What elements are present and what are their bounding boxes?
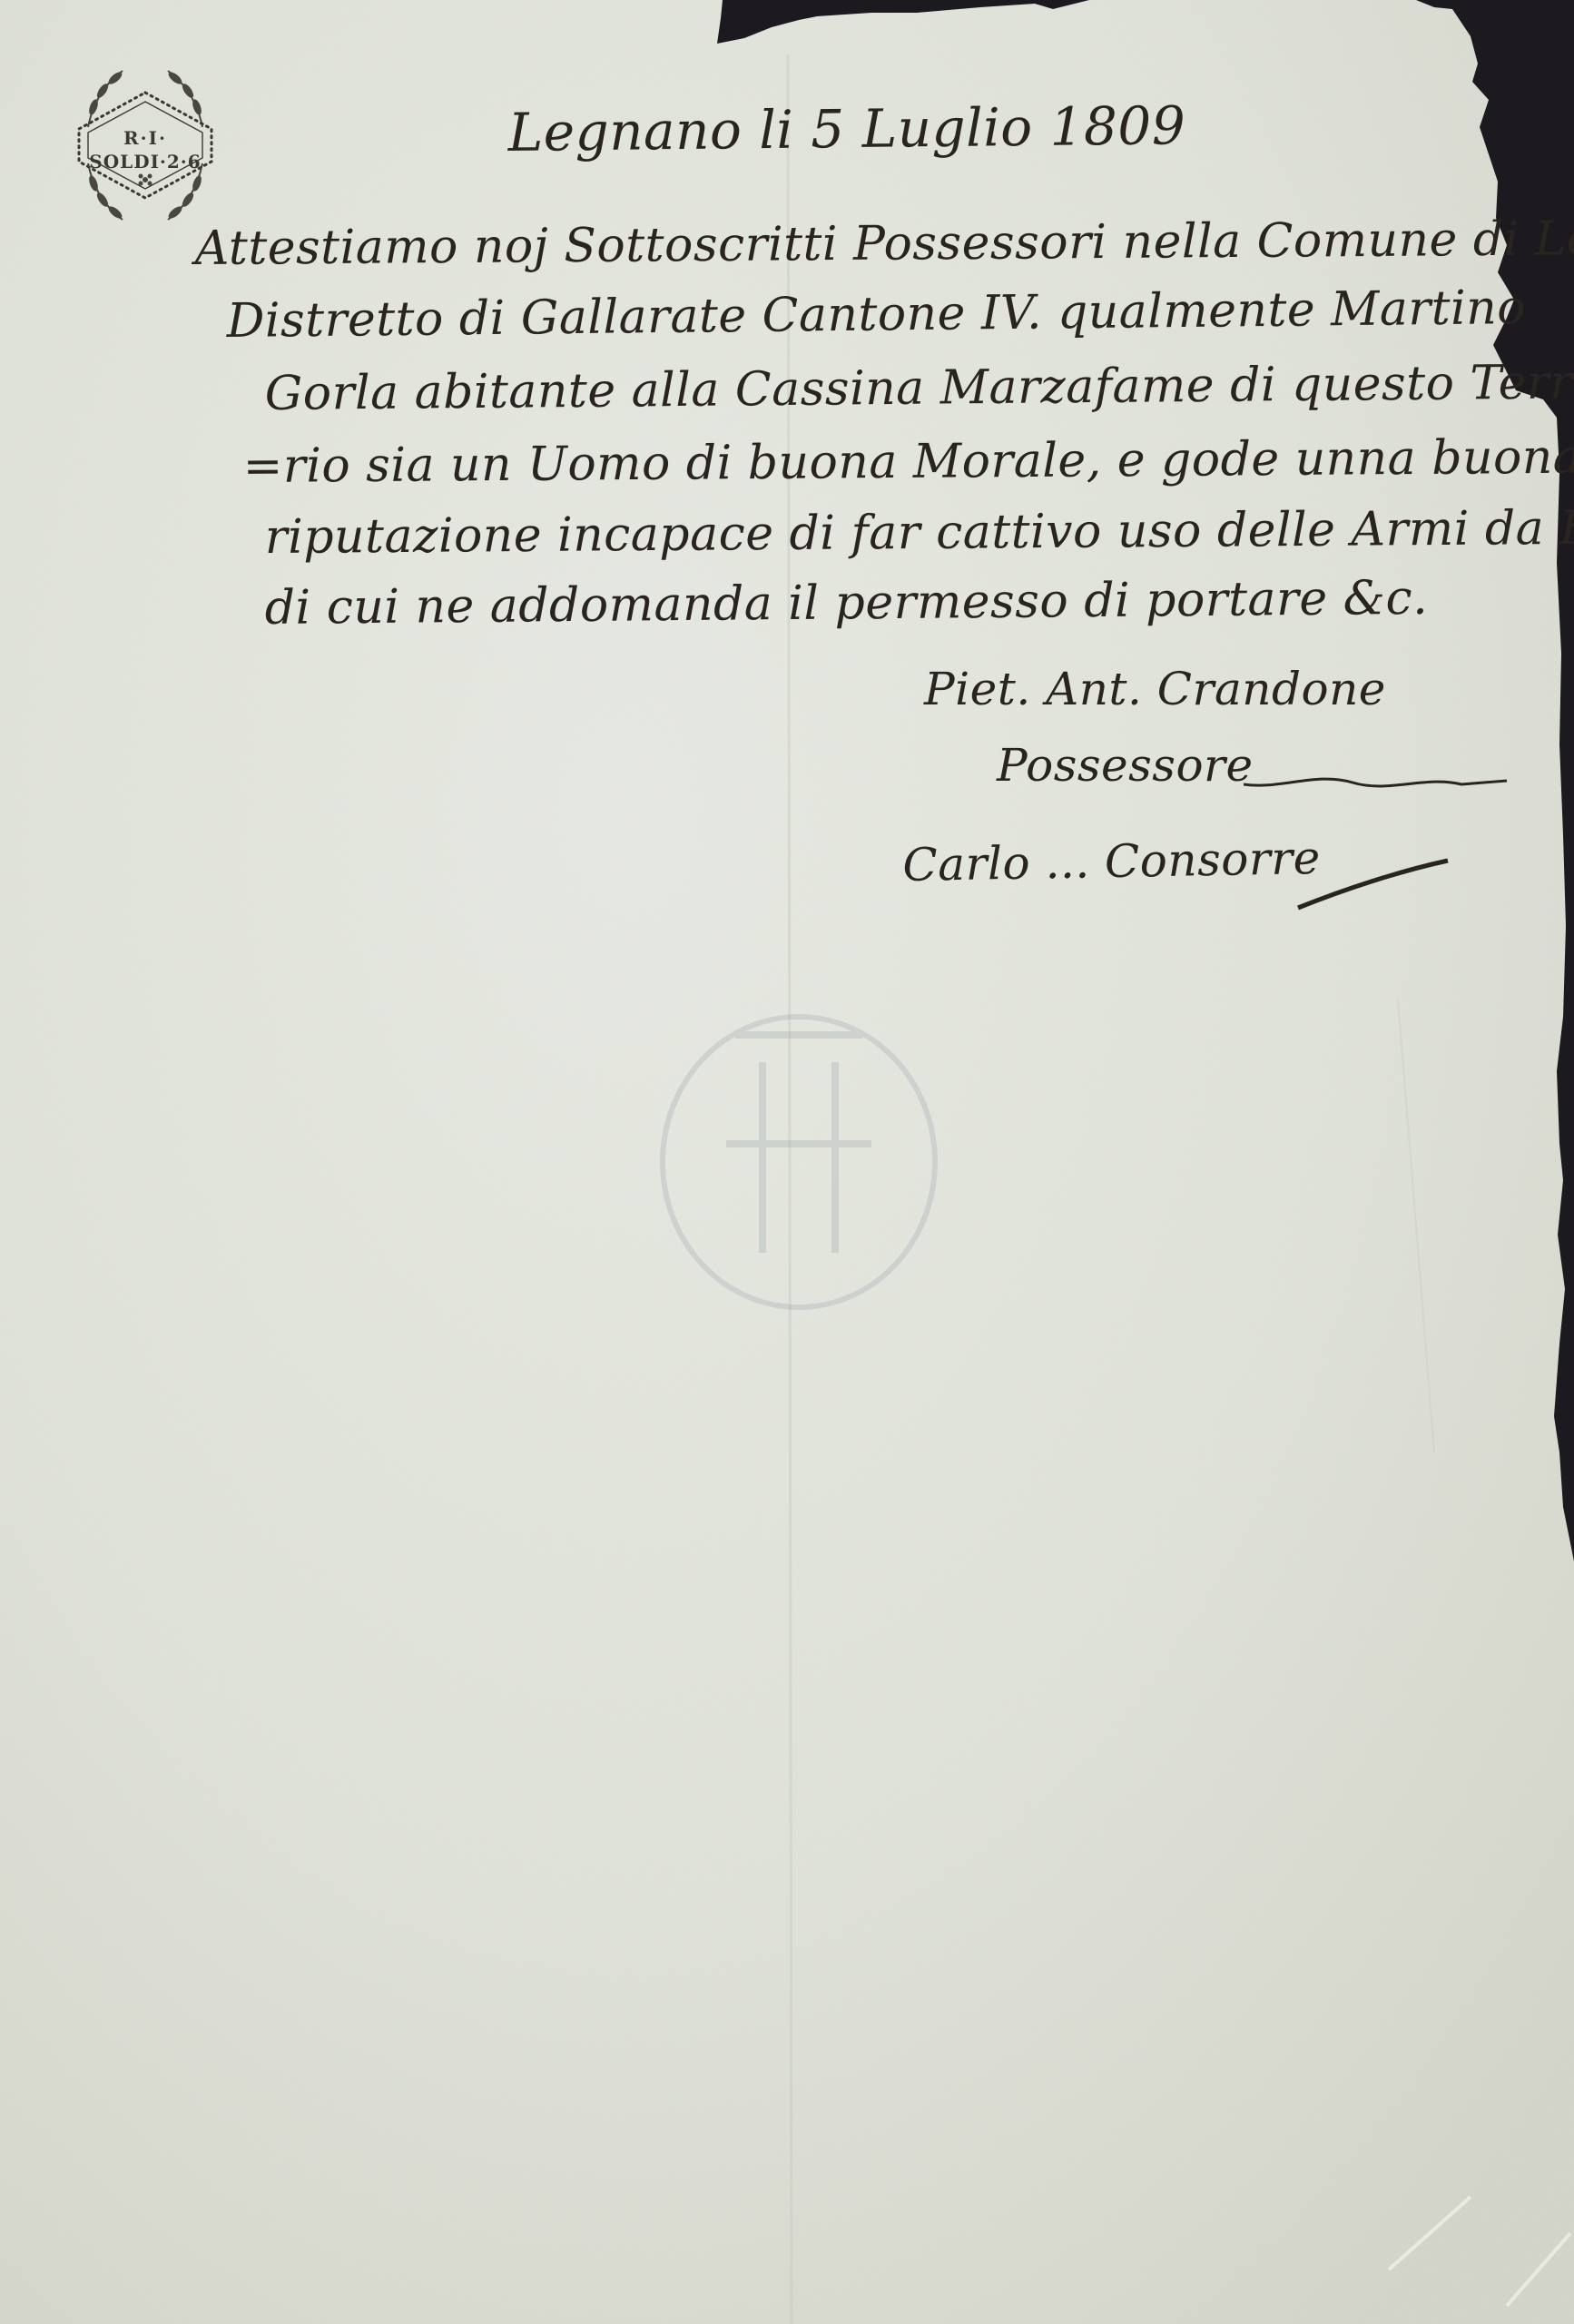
revenue-stamp: R·I· SOLDI·2·6	[68, 64, 222, 227]
signature-second: Carlo ... Consorre	[902, 832, 1321, 891]
stamp-top-line: R·I·	[68, 127, 222, 149]
stamp-bottom-line: SOLDI·2·6	[68, 151, 222, 172]
body-line-4: =rio sia un Uomo di buona Morale, e gode…	[243, 430, 1574, 494]
signature-name: Piet. Ant. Crandone	[924, 663, 1386, 715]
body-line-3: Gorla abitante alla Cassina Marzafame di…	[264, 355, 1574, 421]
body-line-1: Attestiamo noj Sottoscritti Possessori n…	[195, 211, 1574, 276]
body-line-5: riputazione incapace di far cattivo uso …	[265, 500, 1574, 565]
paper-content: R·I· SOLDI·2·6 Legnano li 5 Luglio 1809 …	[0, 0, 1574, 2324]
body-line-2: Distretto di Gallarate Cantone IV. qualm…	[226, 281, 1526, 349]
watermark-icon	[626, 980, 971, 1325]
body-line-6: di cui ne addomanda il permesso di porta…	[264, 571, 1428, 635]
signature-title: Possessore	[997, 739, 1254, 792]
document-scan: R·I· SOLDI·2·6 Legnano li 5 Luglio 1809 …	[0, 0, 1574, 2324]
date-line: Legnano li 5 Luglio 1809	[507, 94, 1185, 163]
signature-flourish-icon	[1244, 763, 1516, 799]
flower-icon	[139, 174, 152, 186]
